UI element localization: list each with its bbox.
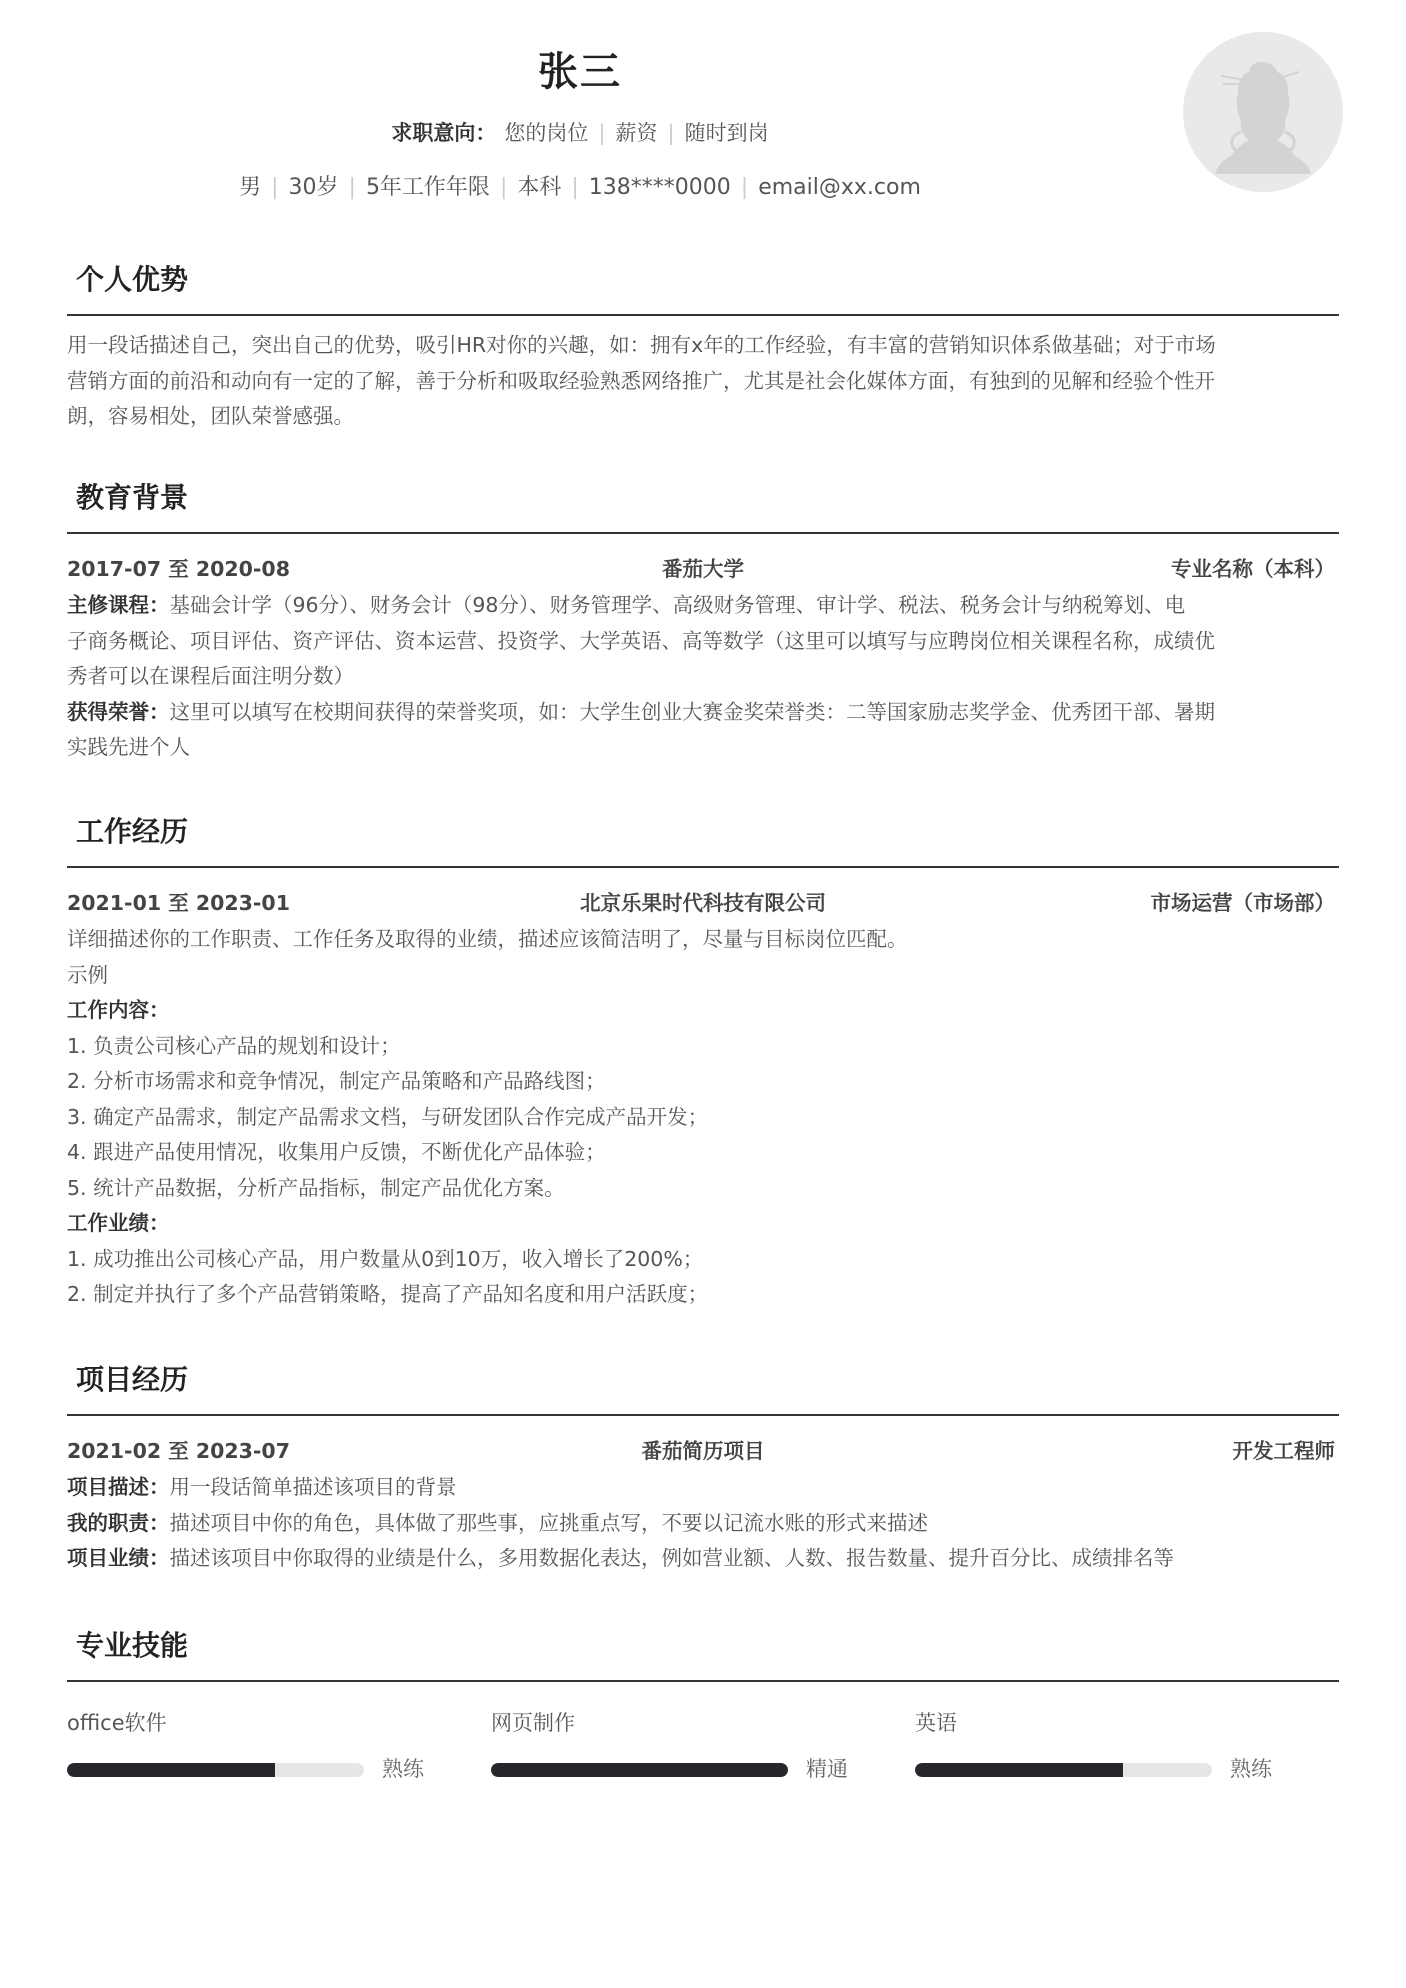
text-line: 朗，容易相处，团队荣誉感强。	[67, 399, 1339, 435]
section-title: 教育背景	[67, 472, 1339, 524]
age: 30岁	[289, 175, 339, 200]
project-name: 番茄简历项目	[67, 1434, 1339, 1464]
skill-name: 英语	[915, 1706, 1295, 1740]
work-summary: 详细描述你的工作职责、工作任务及取得的业绩，描述应该简洁明了，尽量与目标岗位匹配…	[67, 922, 1339, 958]
skill-item: office软件 熟练	[67, 1706, 447, 1784]
avatar	[1183, 32, 1343, 192]
intent-salary: 薪资	[616, 121, 658, 145]
job-intent: 求职意向：您的岗位|薪资|随时到岗	[0, 117, 1160, 147]
divider: |	[598, 121, 605, 145]
section-advantage: 个人优势 用一段话描述自己，突出自己的优势，吸引HR对你的兴趣，如：拥有x年的工…	[67, 254, 1339, 435]
divider: |	[668, 121, 675, 145]
project-details: 项目描述：用一段话简单描述该项目的背景 我的职责：描述项目中你的角色，具体做了那…	[67, 1470, 1339, 1577]
project-result-label: 项目业绩：	[67, 1546, 170, 1570]
degree: 本科	[517, 175, 561, 200]
skill-progress-bar	[491, 1763, 788, 1777]
resume-page: 张三 求职意向：您的岗位|薪资|随时到岗 男|30岁|5年工作年限|本科|138…	[0, 0, 1406, 1988]
divider: |	[741, 175, 748, 200]
project-entry-header: 2021-02 至 2023-07 番茄简历项目 开发工程师	[67, 1434, 1339, 1470]
courses-text: 基础会计学（96分）、财务会计（98分）、财务管理学、高级财务管理、审计学、税法…	[170, 593, 1186, 617]
section-title: 个人优势	[67, 254, 1339, 306]
divider: |	[571, 175, 578, 200]
honors-text: 这里可以填写在校期间获得的荣誉奖项，如：大学生创业大赛金奖荣誉类：二等国家励志奖…	[170, 700, 1216, 724]
project-result-text: 描述该项目中你取得的业绩是什么，多用数据化表达，例如营业额、人数、报告数量、提升…	[170, 1546, 1175, 1570]
skill-item: 网页制作 精通	[491, 1706, 871, 1784]
section-title: 专业技能	[67, 1620, 1339, 1672]
skill-progress-fill	[491, 1763, 788, 1777]
skill-name: 网页制作	[491, 1706, 871, 1740]
school-name: 番茄大学	[67, 552, 1339, 582]
achievement-item: 1. 成功推出公司核心产品，用户数量从0到10万，收入增长了200%；	[67, 1242, 1339, 1278]
project-desc-label: 项目描述：	[67, 1475, 170, 1499]
project-duty-text: 描述项目中你的角色，具体做了那些事，应挑重点写，不要以记流水账的形式来描述	[170, 1511, 929, 1535]
divider: |	[500, 175, 507, 200]
skills-list: office软件 熟练 网页制作 精通 英语 熟练	[67, 1706, 1339, 1826]
duty-item: 1. 负责公司核心产品的规划和设计；	[67, 1029, 1339, 1065]
section-education: 教育背景 2017-07 至 2020-08 番茄大学 专业名称（本科） 主修课…	[67, 472, 1339, 766]
section-divider	[67, 314, 1339, 316]
duty-item: 4. 跟进产品使用情况，收集用户反馈，不断优化产品体验；	[67, 1135, 1339, 1171]
skill-level: 熟练	[382, 1754, 424, 1784]
intent-position: 您的岗位	[504, 121, 588, 145]
job-intent-label: 求职意向：	[391, 121, 496, 145]
duties-label: 工作内容：	[67, 998, 170, 1022]
courses-text: 子商务概论、项目评估、资产评估、资本运营、投资学、大学英语、高等数学（这里可以填…	[67, 624, 1339, 660]
section-work: 工作经历 2021-01 至 2023-01 北京乐果时代科技有限公司 市场运营…	[67, 806, 1339, 1313]
divider: |	[349, 175, 356, 200]
skill-progress-fill	[915, 1763, 1123, 1777]
section-title: 工作经历	[67, 806, 1339, 858]
education-details: 主修课程：基础会计学（96分）、财务会计（98分）、财务管理学、高级财务管理、审…	[67, 588, 1339, 766]
candidate-name: 张三	[0, 40, 1160, 97]
work-entry-header: 2021-01 至 2023-01 北京乐果时代科技有限公司 市场运营（市场部）	[67, 886, 1339, 922]
duty-item: 2. 分析市场需求和竞争情况，制定产品策略和产品路线图；	[67, 1064, 1339, 1100]
skill-level: 熟练	[1230, 1754, 1272, 1784]
skill-name: office软件	[67, 1706, 447, 1740]
female-silhouette-icon	[1183, 32, 1343, 192]
skill-item: 英语 熟练	[915, 1706, 1295, 1784]
section-divider	[67, 866, 1339, 868]
education-entry-header: 2017-07 至 2020-08 番茄大学 专业名称（本科）	[67, 552, 1339, 588]
section-divider	[67, 1414, 1339, 1416]
skill-progress-bar	[67, 1763, 364, 1777]
example-label: 示例	[67, 958, 1339, 994]
courses-text: 秀者可以在课程后面注明分数）	[67, 659, 1339, 695]
text-line: 用一段话描述自己，突出自己的优势，吸引HR对你的兴趣，如：拥有x年的工作经验，有…	[67, 328, 1339, 364]
position-name: 市场运营（市场部）	[1151, 886, 1336, 916]
section-project: 项目经历 2021-02 至 2023-07 番茄简历项目 开发工程师 项目描述…	[67, 1354, 1339, 1577]
company-name: 北京乐果时代科技有限公司	[67, 886, 1339, 916]
divider: |	[271, 175, 278, 200]
section-skills: 专业技能 office软件 熟练 网页制作 精通 英语	[67, 1620, 1339, 1826]
skill-progress-bar	[915, 1763, 1212, 1777]
advantage-text: 用一段话描述自己，突出自己的优势，吸引HR对你的兴趣，如：拥有x年的工作经验，有…	[67, 328, 1339, 435]
project-desc-text: 用一段话简单描述该项目的背景	[170, 1475, 457, 1499]
intent-availability: 随时到岗	[685, 121, 769, 145]
resume-header: 张三 求职意向：您的岗位|薪资|随时到岗 男|30岁|5年工作年限|本科|138…	[0, 0, 1406, 230]
phone: 138****0000	[589, 175, 731, 200]
text-line: 营销方面的前沿和动向有一定的了解，善于分析和吸取经验熟悉网络推广，尤其是社会化媒…	[67, 364, 1339, 400]
project-role: 开发工程师	[1233, 1434, 1336, 1464]
basic-info: 男|30岁|5年工作年限|本科|138****0000|email@xx.com	[0, 170, 1160, 201]
project-duty-label: 我的职责：	[67, 1511, 170, 1535]
achievements-label: 工作业绩：	[67, 1211, 170, 1235]
honors-label: 获得荣誉：	[67, 700, 170, 724]
work-details: 详细描述你的工作职责、工作任务及取得的业绩，描述应该简洁明了，尽量与目标岗位匹配…	[67, 922, 1339, 1313]
honors-text: 实践先进个人	[67, 730, 1339, 766]
section-title: 项目经历	[67, 1354, 1339, 1406]
gender: 男	[239, 175, 261, 200]
skill-progress-fill	[67, 1763, 275, 1777]
work-years: 5年工作年限	[366, 175, 490, 200]
section-divider	[67, 532, 1339, 534]
achievement-item: 2. 制定并执行了多个产品营销策略，提高了产品知名度和用户活跃度；	[67, 1277, 1339, 1313]
email: email@xx.com	[758, 175, 921, 200]
major-name: 专业名称（本科）	[1171, 552, 1335, 582]
duty-item: 3. 确定产品需求，制定产品需求文档，与研发团队合作完成产品开发；	[67, 1100, 1339, 1136]
duty-item: 5. 统计产品数据，分析产品指标，制定产品优化方案。	[67, 1171, 1339, 1207]
courses-label: 主修课程：	[67, 593, 170, 617]
section-divider	[67, 1680, 1339, 1682]
skill-level: 精通	[806, 1754, 848, 1784]
